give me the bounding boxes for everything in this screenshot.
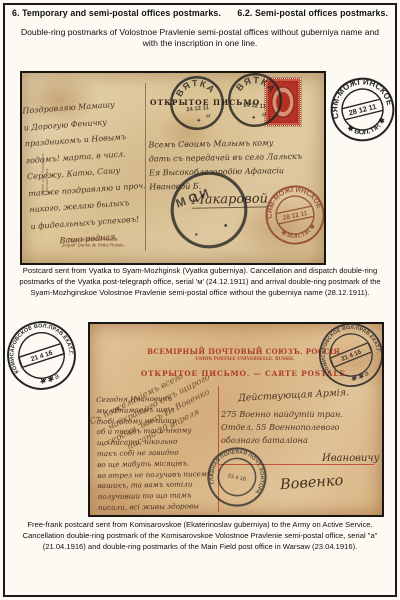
svg-text:ВЯТКА: ВЯТКА [234, 74, 279, 96]
vyatka-postmark-2: ВЯТКА 24 12 11 ✦ м [225, 71, 285, 130]
postmark-serial-text: ✱ ✱ а [348, 367, 371, 385]
postcard-1: Фот. изд. Ришаръ въ Стокгольмѣ Поздравля… [20, 71, 326, 265]
exhibit-page: 6. Temporary and semi-postal offices pos… [0, 0, 400, 600]
postcard-2: Съ пожеланіемъ всего найкращого отъ щиро… [88, 322, 384, 517]
handwriting-line: писали, всі живы здоровы [98, 501, 220, 514]
address-line: 275 Военно найдутій тран. [221, 408, 381, 421]
postcard2-printed-upu-subtitle: UNION POSTALE UNIVERSELLE. RUSSIE. [185, 356, 305, 361]
warsaw-field-post-postmark: ГЛАВНАЯ ПОЛЕВАЯ ПОЧТ. КОНТОРА 23 4 16 [200, 440, 274, 514]
imprint-line: „Kepaii" Danse de Petite Russie. [38, 243, 148, 249]
postmark-date-text: 23 4 16 [227, 473, 246, 483]
enlarged-syam-mozhginskoe-postmark: СЯМ-МОЖГИНСКОЕ ✱ ВОЛ. ПР. ✱ 28 12 11 [322, 69, 400, 150]
address-line: обознаго баталіона [221, 434, 381, 447]
page-header-right: 6.2. Semi-postal offices postmarks. [237, 8, 388, 18]
svg-text:✱ ✱ а: ✱ ✱ а [348, 367, 371, 385]
vyatka-postmark-1: ВЯТКА 24 12 11 ✦ м [166, 72, 228, 134]
postmark-star: ✦ [251, 114, 257, 121]
postcard1-caption: Postcard sent from Vyatka to Syam-Mozhgi… [10, 265, 390, 298]
svg-text:ГЛАВНАЯ ПОЛЕВАЯ ПОЧТ. КОНТОРА: ГЛАВНАЯ ПОЛЕВАЯ ПОЧТ. КОНТОРА [207, 444, 269, 495]
page-subtitle: Double-ring postmarks of Volostnoe Pravl… [16, 27, 384, 49]
addressee-surname: Вовенко [280, 473, 344, 493]
postcard1-handwritten-message: Поздравляю Мамашу и Дорогую Феничку праз… [22, 95, 156, 252]
postmark-serial-letter: м [262, 111, 267, 118]
svg-text:КОМИСАРОВСКОЕ ВОЛ.ПРАВ.ЕКАТ.Г.: КОМИСАРОВСКОЕ ВОЛ.ПРАВ.ЕКАТ.Г. [1, 315, 75, 375]
postmark-ring-text: ГЛАВНАЯ ПОЛЕВАЯ ПОЧТ. КОНТОРА [207, 444, 269, 495]
address-line: дать съ передачей въ село Лальскъ [149, 150, 321, 167]
postcard2-caption: Free-frank postcard sent from Komisarovs… [10, 519, 390, 552]
postcard2-address-block: 275 Военно найдутій тран. Отдел. 55 Воен… [221, 408, 381, 447]
postmark-serial-letter: м [206, 112, 212, 119]
smudged-transit-postmark: М С И [164, 165, 254, 255]
postmark-date-text: 24 12 11 [186, 105, 210, 113]
postcard1-printed-imprint: Types de la Petite Russie. „Kepaii" Dans… [38, 237, 148, 248]
postmark-town-text: ВЯТКА [234, 74, 279, 96]
address-line: Отдел. 55 Военнополевого [221, 421, 381, 434]
svg-text:ВЯТКА: ВЯТКА [173, 76, 218, 99]
postcard1-center-divider [145, 83, 146, 251]
postmark-ring-bottom-text: ✱ ВОЛ. ПР. ✱ [279, 222, 319, 243]
page-header-left: 6. Temporary and semi-postal offices pos… [12, 8, 221, 18]
enlarged-komisarovskoe-postmark: КОМИСАРОВСКОЕ ВОЛ.ПРАВ.ЕКАТ.Г. 21 4 16 ✱… [0, 311, 86, 400]
svg-text:✱ ВОЛ. ПР. ✱: ✱ ВОЛ. ПР. ✱ [279, 222, 319, 243]
postmark-town-text: ВЯТКА [173, 76, 218, 99]
postmark-ring-text: КОМИСАРОВСКОЕ ВОЛ.ПРАВ.ЕКАТ.Г. [1, 315, 75, 375]
syam-mozhginskoe-arrival-postmark: СЯМ-МОЖГИНСКОЕ ✱ ВОЛ. ПР. ✱ 28 12 11 [258, 178, 326, 252]
postmark-star: ✦ [196, 117, 202, 125]
addressee-patronymic: Ивановичу [322, 453, 379, 464]
postmark-date-text: 24 12 11 [243, 102, 267, 110]
